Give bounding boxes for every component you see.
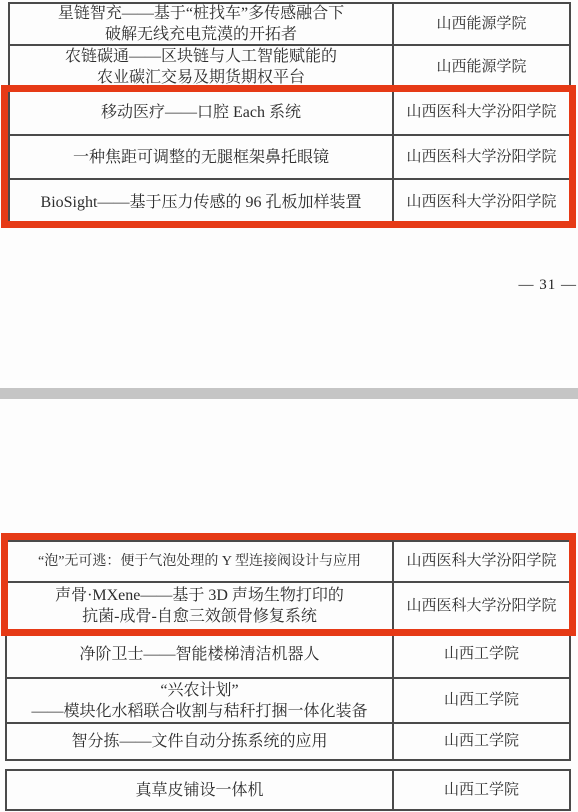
project-line: “兴农计划” <box>160 680 238 701</box>
project-line: 农业碳汇交易及期货期权平台 <box>97 67 305 88</box>
institution-cell: 山西医科大学汾阳学院 <box>392 180 569 224</box>
table-row: BioSight——基于压力传感的 96 孔板加样装置 山西医科大学汾阳学院 <box>10 178 569 224</box>
institution-cell: 山西医科大学汾阳学院 <box>392 583 569 629</box>
table-row: 智分拣——文件自动分拣系统的应用 山西工学院 <box>7 722 569 759</box>
institution-cell: 山西医科大学汾阳学院 <box>392 136 569 178</box>
projects-table-top: 星链智充——基于“桩找车”多传感融合下 破解无线充电荒漠的开拓者 山西能源学院 … <box>8 2 571 226</box>
institution-cell: 山西工学院 <box>392 771 569 809</box>
table-row: 星链智充——基于“桩找车”多传感融合下 破解无线充电荒漠的开拓者 山西能源学院 <box>10 4 569 44</box>
project-name-cell: “兴农计划” ——模块化水稻联合收割与秸秆打捆一体化装备 <box>7 679 392 722</box>
project-line: 声骨·MXene——基于 3D 声场生物打印的 <box>55 585 344 606</box>
project-name-cell: “泡”无可逃：便于气泡处理的 Y 型连接阀设计与应用 <box>7 542 392 581</box>
projects-table-bottom-last-row: 真草皮铺设一体机 山西工学院 <box>5 769 571 811</box>
project-line: BioSight——基于压力传感的 96 孔板加样装置 <box>41 192 362 213</box>
project-name-cell: 净阶卫士——智能楼梯清洁机器人 <box>7 631 392 677</box>
table-row: “兴农计划” ——模块化水稻联合收割与秸秆打捆一体化装备 山西工学院 <box>7 677 569 722</box>
project-name-cell: 农链碳通——区块链与人工智能赋能的 农业碳汇交易及期货期权平台 <box>10 46 392 88</box>
institution-cell: 山西工学院 <box>392 724 569 759</box>
project-line: ——模块化水稻联合收割与秸秆打捆一体化装备 <box>31 701 367 722</box>
table-row: 声骨·MXene——基于 3D 声场生物打印的 抗菌-成骨-自愈三效颌骨修复系统… <box>7 581 569 629</box>
project-line: 破解无线充电荒漠的开拓者 <box>105 24 297 45</box>
project-line: 抗菌-成骨-自愈三效颌骨修复系统 <box>82 606 317 627</box>
project-line: 真草皮铺设一体机 <box>135 780 263 801</box>
project-line: 智分拣——文件自动分拣系统的应用 <box>71 731 327 752</box>
table-row: 移动医疗——口腔 Each 系统 山西医科大学汾阳学院 <box>10 88 569 134</box>
institution-cell: 山西工学院 <box>392 631 569 677</box>
project-line: 农链碳通——区块链与人工智能赋能的 <box>65 46 337 67</box>
projects-table-bottom: “泡”无可逃：便于气泡处理的 Y 型连接阀设计与应用 山西医科大学汾阳学院 声骨… <box>5 540 571 761</box>
table-row: 农链碳通——区块链与人工智能赋能的 农业碳汇交易及期货期权平台 山西能源学院 <box>10 44 569 88</box>
project-name-cell: 星链智充——基于“桩找车”多传感融合下 破解无线充电荒漠的开拓者 <box>10 4 392 44</box>
institution-cell: 山西能源学院 <box>392 4 569 44</box>
table-row: “泡”无可逃：便于气泡处理的 Y 型连接阀设计与应用 山西医科大学汾阳学院 <box>7 542 569 581</box>
table-row: 真草皮铺设一体机 山西工学院 <box>7 771 569 809</box>
project-name-cell: 声骨·MXene——基于 3D 声场生物打印的 抗菌-成骨-自愈三效颌骨修复系统 <box>7 583 392 629</box>
institution-cell: 山西医科大学汾阳学院 <box>392 542 569 581</box>
table-row: 一种焦距可调整的无腿框架鼻托眼镜 山西医科大学汾阳学院 <box>10 134 569 178</box>
table-row: 净阶卫士——智能楼梯清洁机器人 山西工学院 <box>7 629 569 677</box>
project-name-cell: 真草皮铺设一体机 <box>7 771 392 809</box>
project-line: 星链智充——基于“桩找车”多传感融合下 <box>58 3 344 24</box>
page-separator-band <box>0 388 578 399</box>
project-name-cell: 移动医疗——口腔 Each 系统 <box>10 90 392 134</box>
project-line: 移动医疗——口腔 Each 系统 <box>101 102 301 123</box>
institution-cell: 山西工学院 <box>392 679 569 722</box>
institution-cell: 山西能源学院 <box>392 46 569 88</box>
page-number: — 31 — <box>519 277 578 294</box>
project-name-cell: 智分拣——文件自动分拣系统的应用 <box>7 724 392 759</box>
project-name-cell: BioSight——基于压力传感的 96 孔板加样装置 <box>10 180 392 224</box>
project-line: 净阶卫士——智能楼梯清洁机器人 <box>79 644 319 665</box>
project-name-cell: 一种焦距可调整的无腿框架鼻托眼镜 <box>10 136 392 178</box>
project-line: 一种焦距可调整的无腿框架鼻托眼镜 <box>73 147 329 168</box>
institution-cell: 山西医科大学汾阳学院 <box>392 90 569 134</box>
project-line: “泡”无可逃：便于气泡处理的 Y 型连接阀设计与应用 <box>38 551 361 572</box>
